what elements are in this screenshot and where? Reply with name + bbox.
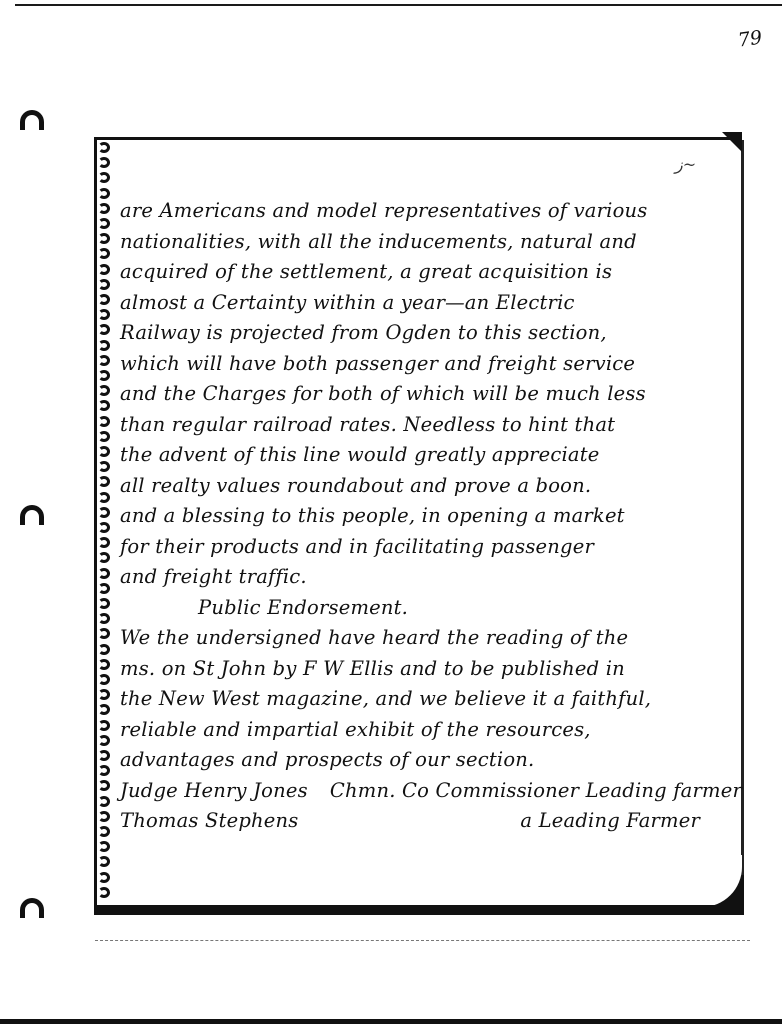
spiral-coil [98,856,110,867]
spiral-coil [98,598,110,609]
spiral-coil [98,659,110,670]
spiral-coil [98,340,110,351]
spiral-coil [98,142,110,153]
spiral-coil [98,780,110,791]
signature-row: Thomas Stephens a Leading Farmer [120,806,750,837]
signatory-name: Thomas Stephens [120,806,299,837]
spiral-coil [98,355,110,366]
spiral-coil [98,309,110,320]
spiral-coil [98,644,110,655]
signatory-title: Chmn. Co Commissioner Leading farmer [330,776,750,807]
spiral-coil [98,264,110,275]
spiral-coil [98,704,110,715]
text-line: and freight traffic. [120,562,750,593]
spiral-coil [98,887,110,898]
spiral-coil [98,750,110,761]
text-line: Railway is projected from Ogden to this … [120,318,750,349]
spiral-coil [98,324,110,335]
spiral-coil [98,461,110,472]
spiral-coil [98,416,110,427]
notebook-bottom-edge [94,905,744,915]
spiral-coil [98,492,110,503]
spiral-coil [98,279,110,290]
spiral-coil [98,188,110,199]
spiral-coil [98,765,110,776]
signatory-name: Judge Henry Jones [120,776,308,807]
spiral-coil [98,507,110,518]
spiral-coil [98,218,110,229]
spiral-coil [98,385,110,396]
spiral-coil [98,796,110,807]
spiral-coil [98,872,110,883]
section-heading: Public Endorsement. [120,593,750,624]
spiral-coil [98,157,110,168]
scan-fold-line [95,940,750,941]
corner-mark: ز~ [675,155,696,174]
scan-bottom-edge [0,1019,782,1024]
spiral-coil [98,203,110,214]
spiral-coil [98,568,110,579]
text-line: are Americans and model representatives … [120,196,750,227]
spiral-coil [98,720,110,731]
signatory-title: a Leading Farmer [520,806,750,837]
spiral-coil [98,689,110,700]
text-line: than regular railroad rates. Needless to… [120,410,750,441]
spiral-coil [98,674,110,685]
spiral-coil [98,476,110,487]
text-line: the advent of this line would greatly ap… [120,440,750,471]
text-line: acquired of the settlement, a great acqu… [120,257,750,288]
spiral-coil [98,431,110,442]
spiral-coil [98,370,110,381]
text-line: all realty values roundabout and prove a… [120,471,750,502]
spiral-coil [98,826,110,837]
spiral-coil [98,522,110,533]
spiral-coil [98,400,110,411]
text-line: the New West magazine, and we believe it… [120,684,750,715]
text-line: reliable and impartial exhibit of the re… [120,715,750,746]
page-number: 79 [737,26,764,51]
spiral-coil [98,233,110,244]
text-line: ms. on St John by F W Ellis and to be pu… [120,654,750,685]
punch-hole [20,505,44,525]
spiral-coil [98,628,110,639]
spiral-coil [98,248,110,259]
spiral-coil [98,552,110,563]
text-line: and the Charges for both of which will b… [120,379,750,410]
text-line: which will have both passenger and freig… [120,349,750,380]
spiral-coil [98,841,110,852]
spiral-coil [98,172,110,183]
text-line: We the undersigned have heard the readin… [120,623,750,654]
handwritten-text: are Americans and model representatives … [120,196,750,837]
spiral-binding [96,142,116,902]
spiral-coil [98,613,110,624]
spiral-coil [98,583,110,594]
text-line: advantages and prospects of our section. [120,745,750,776]
spiral-coil [98,537,110,548]
text-line: almost a Certainty within a year—an Elec… [120,288,750,319]
text-line: nationalities, with all the inducements,… [120,227,750,258]
spiral-coil [98,735,110,746]
punch-hole [20,898,44,918]
signature-row: Judge Henry Jones Chmn. Co Commissioner … [120,776,750,807]
spiral-coil [98,294,110,305]
text-line: and a blessing to this people, in openin… [120,501,750,532]
text-line: for their products and in facilitating p… [120,532,750,563]
spiral-coil [98,446,110,457]
notebook-corner [722,132,742,152]
punch-hole [20,110,44,130]
spiral-coil [98,811,110,822]
scan-top-edge [15,4,782,6]
